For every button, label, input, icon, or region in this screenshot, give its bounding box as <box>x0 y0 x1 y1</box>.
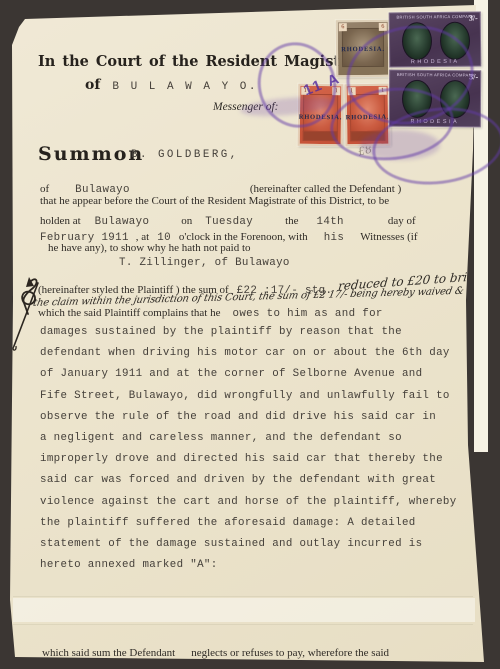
claim-paragraph: damages sustained by the plaintiff by re… <box>40 322 457 576</box>
claim-line: of January 1911 and at the corner of Sel… <box>40 364 457 385</box>
claim-line: a negligent and careless manner, and the… <box>40 428 457 449</box>
claim-line: hereto annexed marked "A": <box>40 555 457 576</box>
intro-line5: he have any), to show why he hath not pa… <box>48 242 251 254</box>
fold-line <box>13 596 473 597</box>
complains-printed: which the said Plaintiff complains that … <box>38 307 220 319</box>
complains-typed: owes to him as and for <box>232 308 382 320</box>
claim-line: statement of the damage sustained and ou… <box>40 534 457 555</box>
claim-line: defendant when driving his motor car on … <box>40 343 457 364</box>
second-sheet-edge <box>474 0 488 452</box>
intro-line2: that he appear before the Court of the R… <box>40 195 389 207</box>
claim-line: the plaintiff suffered the aforesaid dam… <box>40 513 457 534</box>
margin-flourish-mark <box>7 274 43 354</box>
intro-of: of <box>40 183 49 195</box>
claim-line: Fife Street, Bulawayo, did wrongfully an… <box>40 386 457 407</box>
postmark-ink-smudge <box>360 130 440 160</box>
defendant-name: B. GOLDBERG, <box>131 149 239 161</box>
scanned-summons-document: In the Court of the Resident Magistrate … <box>0 0 500 669</box>
claim-line: observe the rule of the road and did dri… <box>40 407 457 428</box>
intro-holden: holden at <box>40 215 81 227</box>
court-header-of: of <box>85 77 100 93</box>
intro-on: on <box>181 215 192 227</box>
footer-printed-a: which said sum the Defendant <box>42 647 175 659</box>
stamp-value-numeral: 6 <box>379 23 387 31</box>
stamp-value: 3/- <box>469 14 478 23</box>
intro-the: the <box>285 215 298 227</box>
payee-name: T. Zillinger, of Bulawayo <box>119 257 290 269</box>
stamp-value-numeral: 6 <box>339 23 347 31</box>
intro-witnesses: Witnesses (if <box>360 231 417 243</box>
fold-crease <box>13 598 475 622</box>
footer-printed-b: neglects or refuses to pay, wherefore th… <box>191 647 389 659</box>
claim-line: improperly drove and directed his said c… <box>40 449 457 470</box>
claim-line: damages sustained by the plaintiff by re… <box>40 322 457 343</box>
intro-his: his <box>324 232 345 244</box>
claim-line: violence against the cart and horse of t… <box>40 492 457 513</box>
intro-defendant-clause: (hereinafter called the Defendant ) <box>250 183 401 195</box>
fold-line <box>13 624 473 625</box>
stamp-company-text: BRITISH SOUTH AFRICA COMPANY <box>396 15 457 21</box>
court-header-place: B U L A W A Y O. <box>112 81 258 93</box>
intro-dayof: day of <box>388 215 416 227</box>
summon-label: Summon <box>38 143 144 165</box>
claim-line: said car was forced and driven by the de… <box>40 470 457 491</box>
